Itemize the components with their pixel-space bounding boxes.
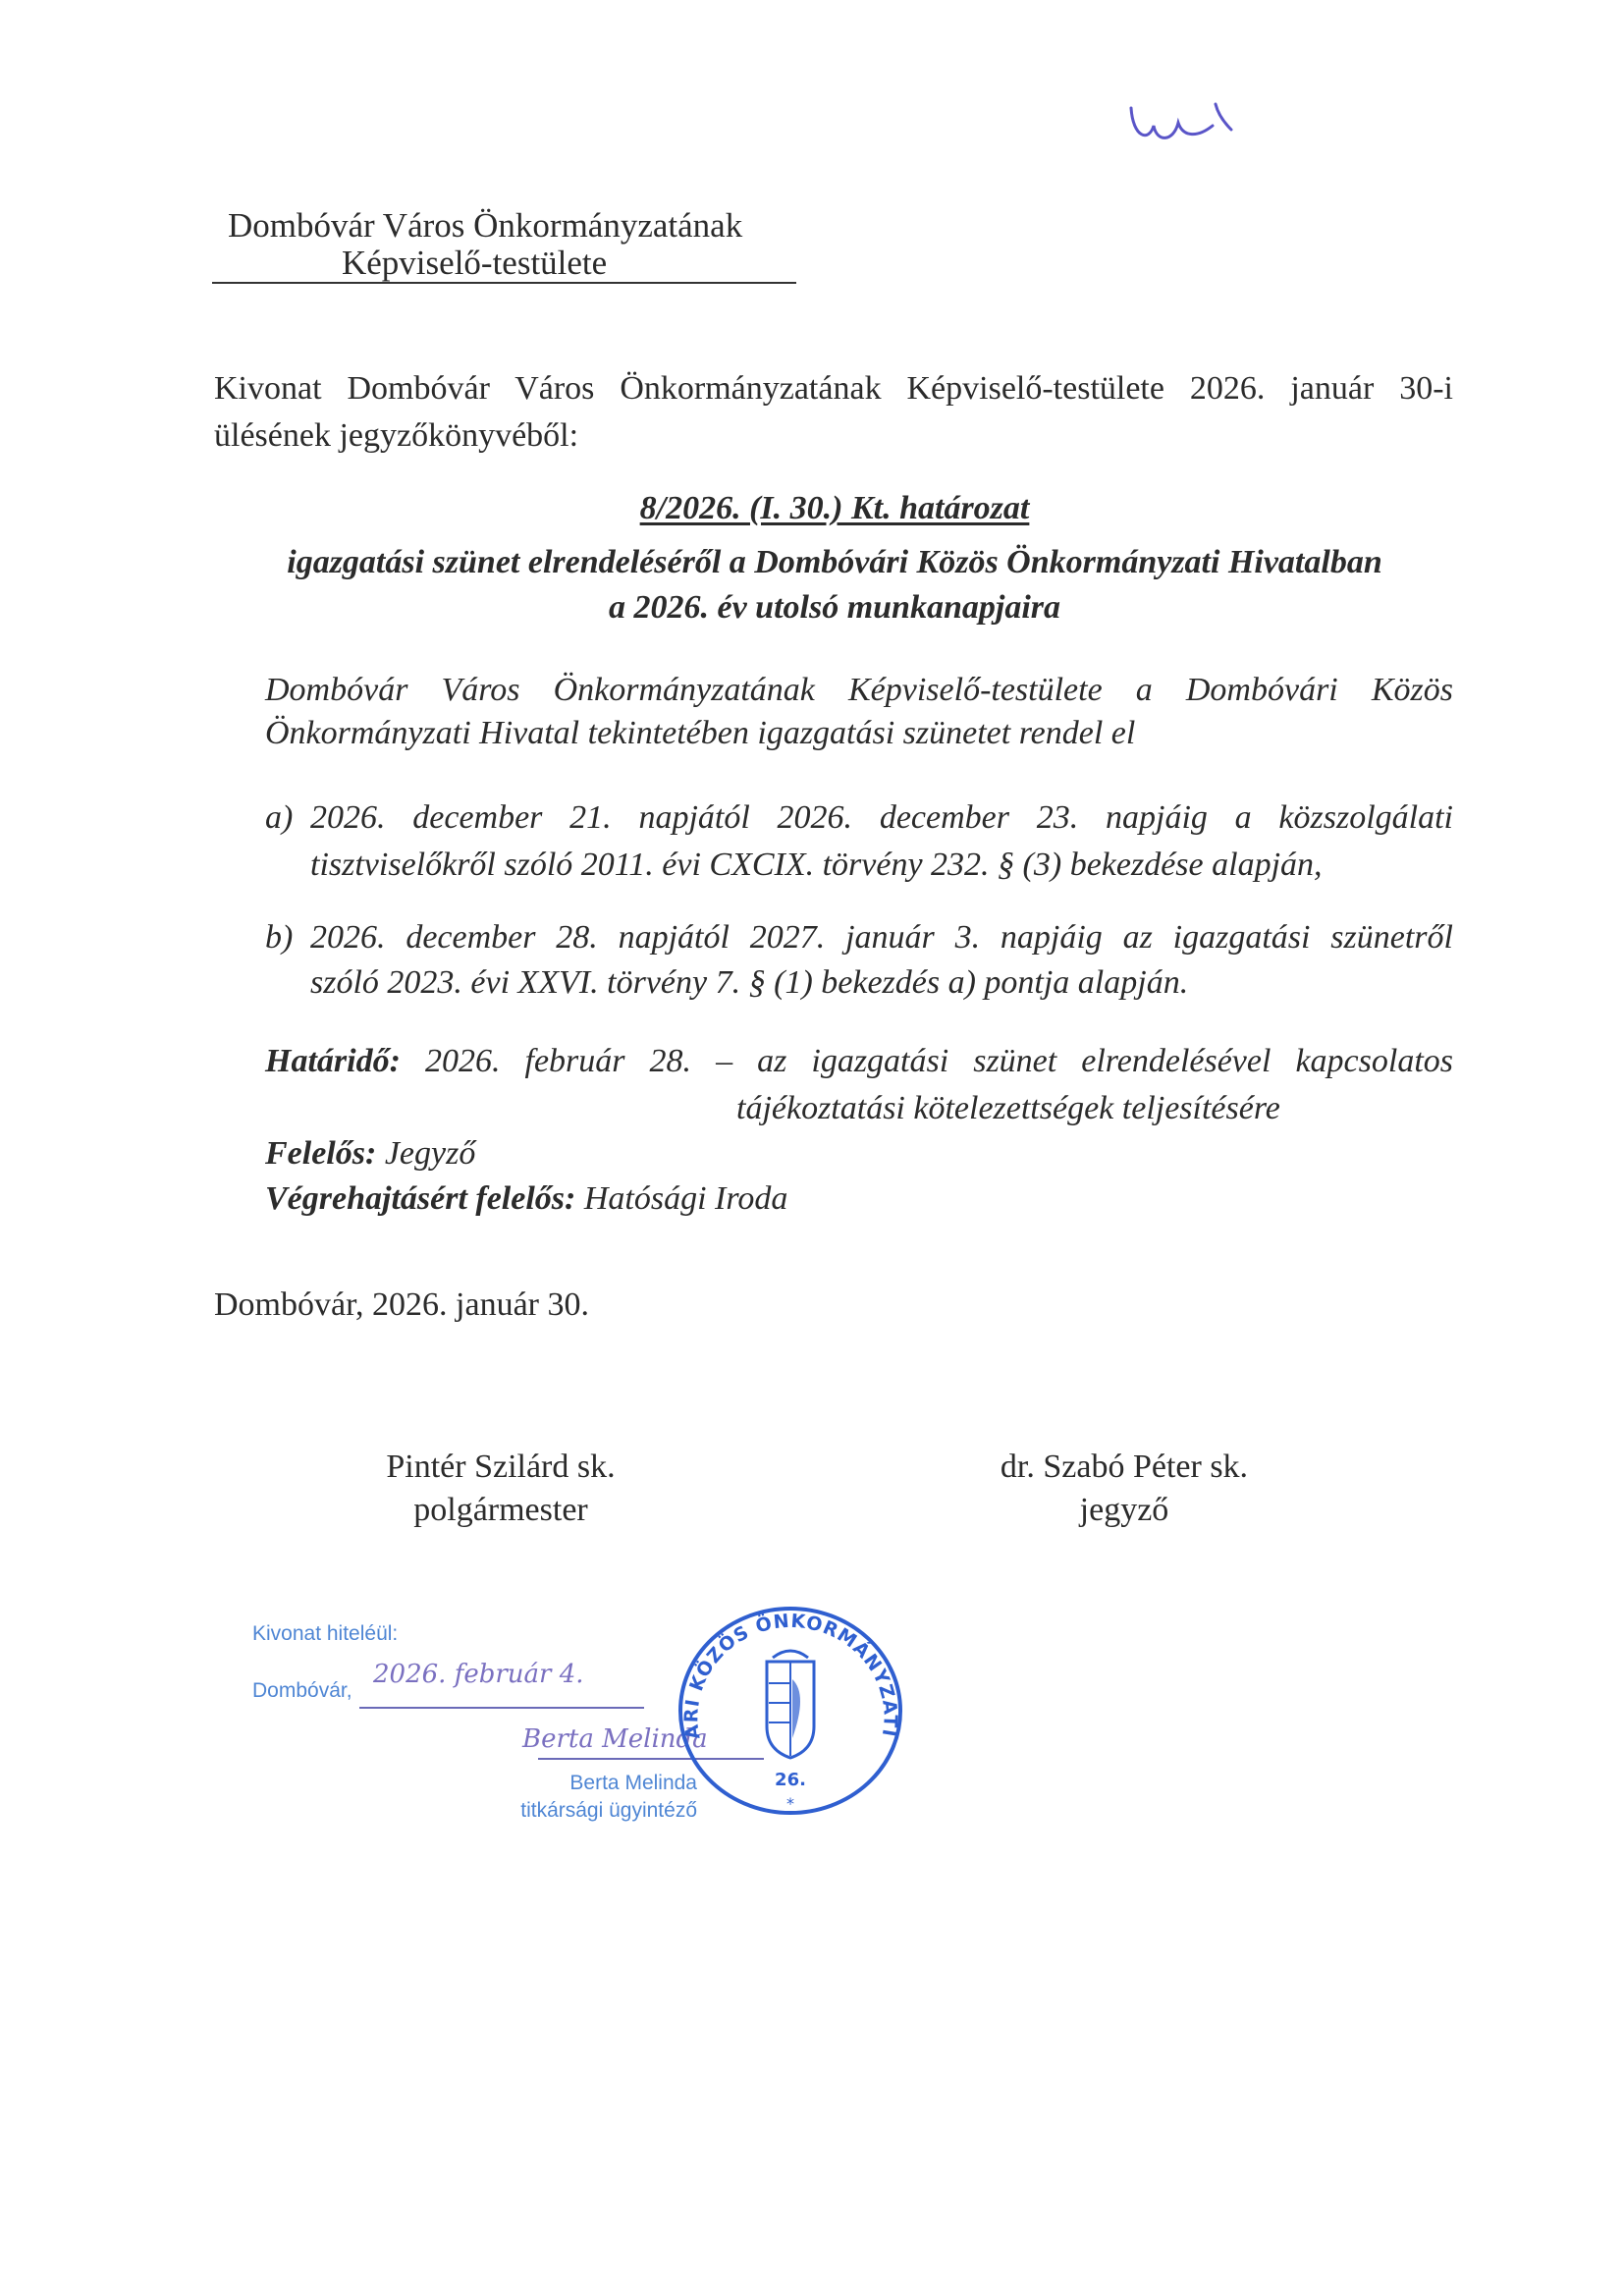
deadline-value: 2026. február 28. – az igazgatási szünet… [425,1043,1453,1079]
body-line-2: Önkormányzati Hivatal tekintetében igazg… [265,711,1135,756]
item-b-line-1: 2026. december 28. napjától 2027. január… [310,915,1453,960]
responsible-value: Jegyző [385,1135,476,1172]
authenticator-role: titkársági ügyintéző [452,1799,697,1823]
item-a-line-1: 2026. december 21. napjától 2026. decemb… [310,795,1453,841]
item-a-line-2: tisztviselőkről szóló 2011. évi CXCIX. t… [310,843,1323,888]
authentication-title: Kivonat hiteléül: [252,1622,398,1646]
signatory-title: polgármester [324,1489,677,1532]
deadline-line-2: tájékoztatási kötelezettségek teljesítés… [736,1086,1280,1131]
signatory-title: jegyző [947,1489,1301,1532]
signatory-name: dr. Szabó Péter sk. [947,1446,1301,1489]
resolution-subject-line-1: igazgatási szünet elrendeléséről a Dombó… [245,544,1424,581]
signature-notary: dr. Szabó Péter sk. jegyző [947,1446,1301,1532]
resolution-number: 8/2026. (I. 30.) Kt. határozat [245,490,1424,527]
item-a-label: a) [265,795,293,841]
executor-label: Végrehajtásért felelős: [265,1180,575,1217]
authentication-place: Dombóvár, [252,1679,352,1703]
handwritten-initials [1119,98,1267,157]
item-b-line-2: szóló 2023. évi XXVI. törvény 7. § (1) b… [310,960,1188,1006]
resolution-subject-line-2: a 2026. év utolsó munkanapjaira [245,589,1424,627]
handwritten-date: 2026. február 4. [373,1660,584,1689]
item-b-label: b) [265,915,293,960]
svg-text:DOMBÓVÁRI KÖZÖS ÖNKORMÁNYZATI: DOMBÓVÁRI KÖZÖS ÖNKORMÁNYZATI HIVATAL [671,1601,901,1741]
svg-text:*: * [786,1794,794,1813]
intro-line-2: ülésének jegyzőkönyvéből: [214,412,1453,460]
deadline-line-1: Határidő: 2026. február 28. – az igazgat… [265,1039,1453,1084]
executor-value: Hatósági Iroda [584,1180,787,1217]
responsible-label: Felelős: [265,1135,376,1172]
body-line-1: Dombóvár Város Önkormányzatának Képvisel… [265,668,1453,713]
deadline-label: Határidő: [265,1043,401,1079]
place-date: Dombóvár, 2026. január 30. [214,1286,589,1324]
official-stamp-icon: DOMBÓVÁRI KÖZÖS ÖNKORMÁNYZATI HIVATAL 26… [671,1601,911,1822]
issuer-name: Dombóvár Város Önkormányzatának [228,206,742,246]
svg-text:26.: 26. [775,1770,806,1790]
executor: Végrehajtásért felelős: Hatósági Iroda [265,1176,787,1222]
authenticator-name: Berta Melinda [481,1772,697,1795]
signature-mayor: Pintér Szilárd sk. polgármester [324,1446,677,1532]
intro-line-1: Kivonat Dombóvár Város Önkormányzatának … [214,365,1453,412]
date-line [359,1707,644,1709]
signatory-name: Pintér Szilárd sk. [324,1446,677,1489]
issuer-body: Képviselő-testülete [342,244,607,283]
responsible: Felelős: Jegyző [265,1131,475,1176]
header-divider [212,282,796,284]
